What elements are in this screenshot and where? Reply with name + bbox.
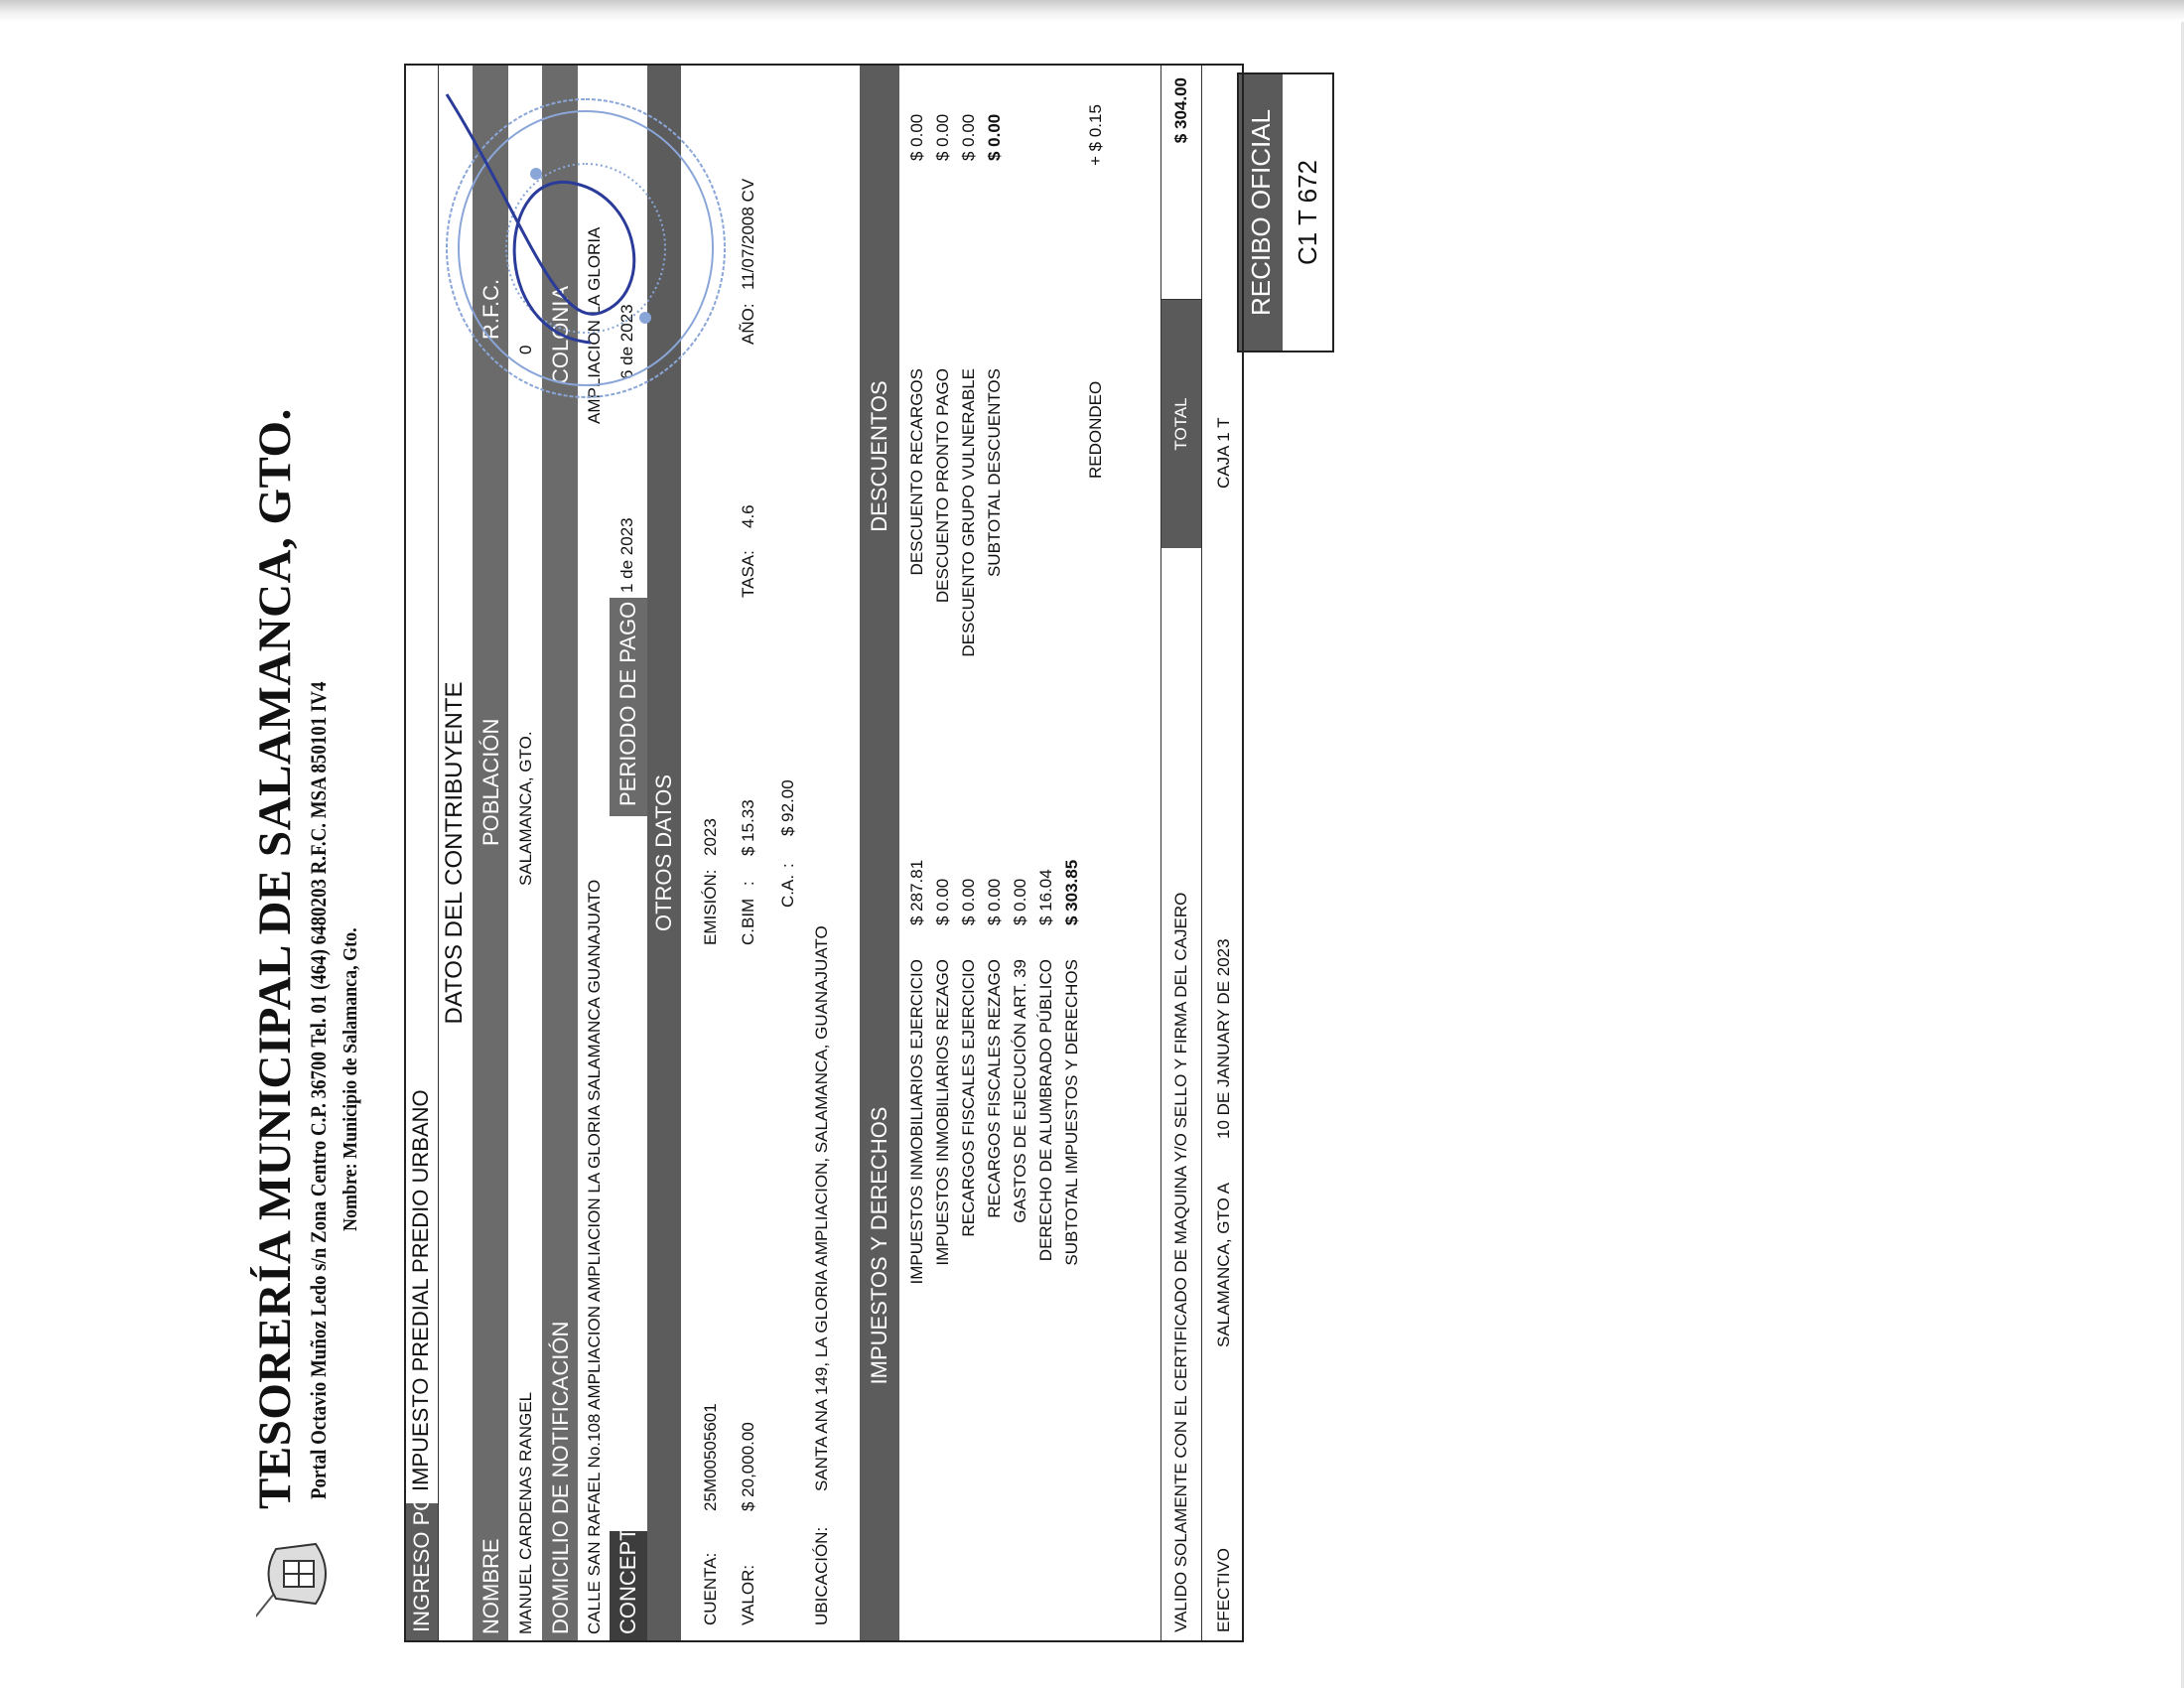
- emision-value: 2023: [701, 818, 721, 856]
- descuento-amount: $ 0.00: [933, 114, 953, 161]
- descuento-label: DESCUENTO GRUPO VULNERABLE: [959, 368, 979, 657]
- municipality-name: Nombre: Municipio de Salamanca, Gto.: [340, 927, 362, 1231]
- descuento-amount: $ 0.00: [907, 114, 927, 161]
- treasury-title: TESORERÍA MUNICIPAL DE SALAMANCA, GTO.: [248, 408, 302, 1509]
- caja-id: CAJA 1 T: [1214, 418, 1234, 490]
- payment-method: EFECTIVO: [1214, 1548, 1234, 1632]
- receipt-box-label: RECIBO OFICIAL: [1239, 74, 1283, 351]
- descuento-amount: $ 0.00: [985, 114, 1005, 161]
- treasury-address: Portal Octavio Muñoz Ledo s/n Zona Centr…: [306, 682, 332, 1499]
- descuento-label: DESCUENTO PRONTO PAGO: [933, 368, 953, 603]
- descuentos-title: DESCUENTOS: [867, 62, 892, 851]
- descuento-amount: $ 0.00: [959, 114, 979, 161]
- treasury-seal-stamp-icon: [427, 84, 745, 412]
- emision-label: EMISIÓN:: [701, 869, 721, 945]
- municipal-coat-of-arms-icon: [256, 1519, 336, 1628]
- cuenta-label: CUENTA:: [701, 1553, 721, 1625]
- redondeo-value: + $ 0.15: [1086, 104, 1106, 166]
- cbim-label: C.BIM: [739, 899, 758, 945]
- concepto-value: [610, 816, 647, 1531]
- tasa-label: TASA:: [739, 550, 758, 598]
- ubicacion-label: UBICACIÓN:: [812, 1527, 832, 1625]
- periodo-desde: 1 de 2023: [617, 517, 637, 593]
- receipt-number: C1 T 672: [1283, 74, 1332, 351]
- ingreso-label: INGRESO POR: [406, 1503, 438, 1640]
- tasa-value: 4.6: [739, 504, 758, 528]
- ingreso-value: IMPUESTO PREDIAL PREDIO URBANO: [408, 1089, 434, 1491]
- ca-value: $ 92.00: [778, 779, 798, 836]
- concepto-label: CONCEPTO: [610, 1531, 647, 1640]
- payment-date: 10 DE JANUARY DE 2023: [1214, 938, 1234, 1139]
- ubicacion-value: SANTA ANA 149, LA GLORIA AMPLIACION, SAL…: [812, 925, 832, 1491]
- cbim-value: $ 15.33: [739, 799, 758, 856]
- descuentos-list: DESCUENTO RECARGOS$ 0.00DESCUENTO PRONTO…: [907, 66, 1106, 1640]
- nombre-value: MANUEL CARDENAS RANGEL: [516, 1392, 536, 1634]
- ca-label: C.A.: [778, 875, 798, 908]
- periodo-label: PERIODO DE PAGO: [610, 598, 647, 816]
- descuento-label: DESCUENTO RECARGOS: [907, 368, 927, 575]
- nombre-label: NOMBRE: [478, 1538, 504, 1634]
- total-value: $ 304.00: [1161, 64, 1201, 300]
- rotated-receipt-page: TESORERÍA MUNICIPAL DE SALAMANCA, GTO. P…: [248, 10, 1300, 1648]
- domicilio-label: DOMICILIO DE NOTIFICACIÓN: [548, 1322, 574, 1634]
- valor-value: $ 20,000.00: [739, 1422, 758, 1511]
- valor-label: VALOR:: [739, 1565, 758, 1625]
- total-label: TOTAL: [1161, 300, 1201, 548]
- descuento-label: SUBTOTAL DESCUENTOS: [985, 368, 1005, 577]
- redondeo-label: REDONDEO: [1086, 381, 1106, 479]
- poblacion-label: POBLACIÓN: [478, 719, 504, 846]
- poblacion-value: SALAMANCA, GTO.: [516, 731, 536, 886]
- official-receipt-box: RECIBO OFICIAL C1 T 672: [1237, 72, 1334, 352]
- domicilio-value: CALLE SAN RAFAEL No.108 AMPLIACION AMPLI…: [585, 880, 605, 1634]
- validity-note: VALIDO SOLAMENTE CON EL CERTIFICADO DE M…: [1171, 893, 1191, 1632]
- cuenta-value: 25M00505601: [701, 1403, 721, 1511]
- impuestos-title: IMPUESTOS Y DERECHOS: [867, 851, 892, 1640]
- receipt-header: TESORERÍA MUNICIPAL DE SALAMANCA, GTO. P…: [248, 40, 397, 1648]
- payment-place: SALAMANCA, GTO A: [1214, 1183, 1234, 1347]
